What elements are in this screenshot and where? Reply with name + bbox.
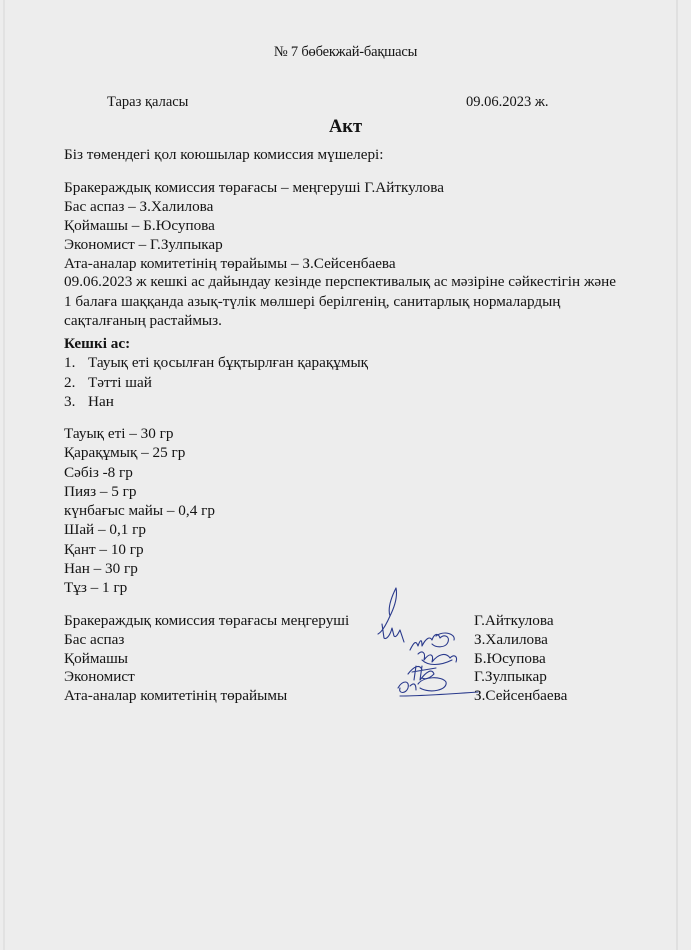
menu-heading: Кешкі ас: [64, 334, 130, 354]
menu-list: 1.Тауық еті қосылған бұқтырлған қарақұмы… [64, 353, 368, 412]
organization-name: № 7 бөбекжай-бақшасы [0, 42, 691, 62]
signatory-name: Г.Айткулова [474, 612, 567, 631]
document-date: 09.06.2023 ж. [466, 92, 549, 112]
signature-role: Ата-аналар комитетінің төрайымы [64, 687, 349, 706]
ingredient-line: Пияз – 5 гр [64, 482, 215, 501]
signatory-name: З.Халилова [474, 631, 567, 650]
handwritten-signatures-icon [360, 580, 490, 700]
ingredient-line: Тауық еті – 30 гр [64, 424, 215, 443]
ingredient-line: күнбағыс майы – 0,4 гр [64, 501, 215, 520]
member-line: Ата-аналар комитетінің төрайымы – З.Сейс… [64, 254, 444, 273]
ingredient-line: Қарақұмық – 25 гр [64, 443, 215, 462]
scan-edge-right [676, 0, 678, 950]
member-line: Бас аспаз – З.Халилова [64, 197, 444, 216]
ingredient-line: Тұз – 1 гр [64, 578, 215, 597]
signatory-name: Г.Зулпыкар [474, 668, 567, 687]
signature-role: Бракераждық комиссия төрағасы меңгеруші [64, 612, 349, 631]
document-title: Акт [0, 117, 691, 137]
ingredient-line: Қант – 10 гр [64, 540, 215, 559]
confirmation-paragraph: 09.06.2023 ж кешкі ас дайындау кезінде п… [64, 272, 624, 331]
member-line: Экономист – Г.Зулпыкар [64, 235, 444, 254]
commission-members: Бракераждық комиссия төрағасы – меңгеруш… [64, 178, 444, 273]
signature-role: Экономист [64, 668, 349, 687]
menu-item: 3.Нан [64, 392, 368, 412]
menu-item: 1.Тауық еті қосылған бұқтырлған қарақұмы… [64, 353, 368, 373]
scanned-page: № 7 бөбекжай-бақшасы Тараз қаласы 09.06.… [0, 0, 691, 950]
ingredient-line: Сәбіз -8 гр [64, 463, 215, 482]
signature-roles: Бракераждық комиссия төрағасы меңгеруші … [64, 612, 349, 706]
member-line: Қоймашы – Б.Юсупова [64, 216, 444, 235]
intro-text: Біз төмендегі қол коюшылар комиссия мүше… [64, 145, 384, 165]
signatory-name: З.Сейсенбаева [474, 687, 567, 706]
signatory-name: Б.Юсупова [474, 650, 567, 669]
city: Тараз қаласы [107, 92, 188, 112]
signature-role: Бас аспаз [64, 631, 349, 650]
scan-edge-left [3, 0, 5, 950]
ingredient-line: Нан – 30 гр [64, 559, 215, 578]
ingredient-line: Шай – 0,1 гр [64, 520, 215, 539]
member-line: Бракераждық комиссия төрағасы – меңгеруш… [64, 178, 444, 197]
menu-item: 2.Тәтті шай [64, 373, 368, 393]
ingredients-list: Тауық еті – 30 гр Қарақұмық – 25 гр Сәбі… [64, 424, 215, 598]
signature-role: Қоймашы [64, 650, 349, 669]
signature-names: Г.Айткулова З.Халилова Б.Юсупова Г.Зулпы… [474, 612, 567, 706]
